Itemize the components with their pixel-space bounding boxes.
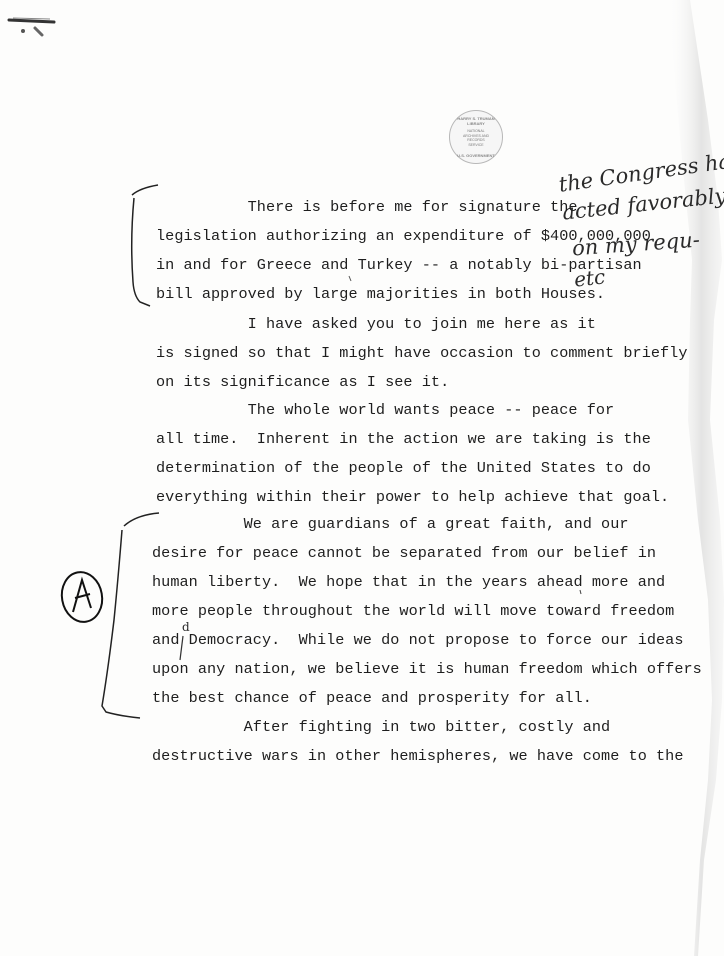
text-line: There is before me for signature the (156, 193, 578, 222)
text-line: determination of the people of the Unite… (156, 454, 651, 483)
text-line: We are guardians of a great faith, and o… (152, 510, 629, 539)
document-page: HARRY S. TRUMAN LIBRARY NATIONAL ARCHIVE… (0, 0, 724, 956)
text-line: desire for peace cannot be separated fro… (152, 539, 656, 568)
text-line: upon any nation, we believe it is human … (152, 655, 702, 684)
text-line: legislation authorizing an expenditure o… (156, 222, 651, 251)
paragraph-5: After fighting in two bitter, costly and… (152, 713, 189, 829)
text-line: everything within their power to help ac… (156, 483, 669, 512)
text-line: destructive wars in other hemispheres, w… (152, 742, 684, 771)
text-line: all time. Inherent in the action we are … (156, 425, 651, 454)
text-line: After fighting in two bitter, costly and (152, 713, 610, 742)
text-line: more people throughout the world will mo… (152, 597, 674, 626)
text-line: is signed so that I might have occasion … (156, 339, 688, 368)
text-line: bill approved by large majorities in bot… (156, 280, 605, 309)
text-line: The whole world wants peace -- peace for (156, 396, 614, 425)
text-line: on its significance as I see it. (156, 368, 449, 397)
text-line: in and for Greece and Turkey -- a notabl… (156, 251, 642, 280)
text-line: I have asked you to join me here as it (156, 310, 596, 339)
text-line: and Democracy. While we do not propose t… (152, 626, 684, 655)
text-line: human liberty. We hope that in the years… (152, 568, 665, 597)
text-line: the best chance of peace and prosperity … (152, 684, 592, 713)
